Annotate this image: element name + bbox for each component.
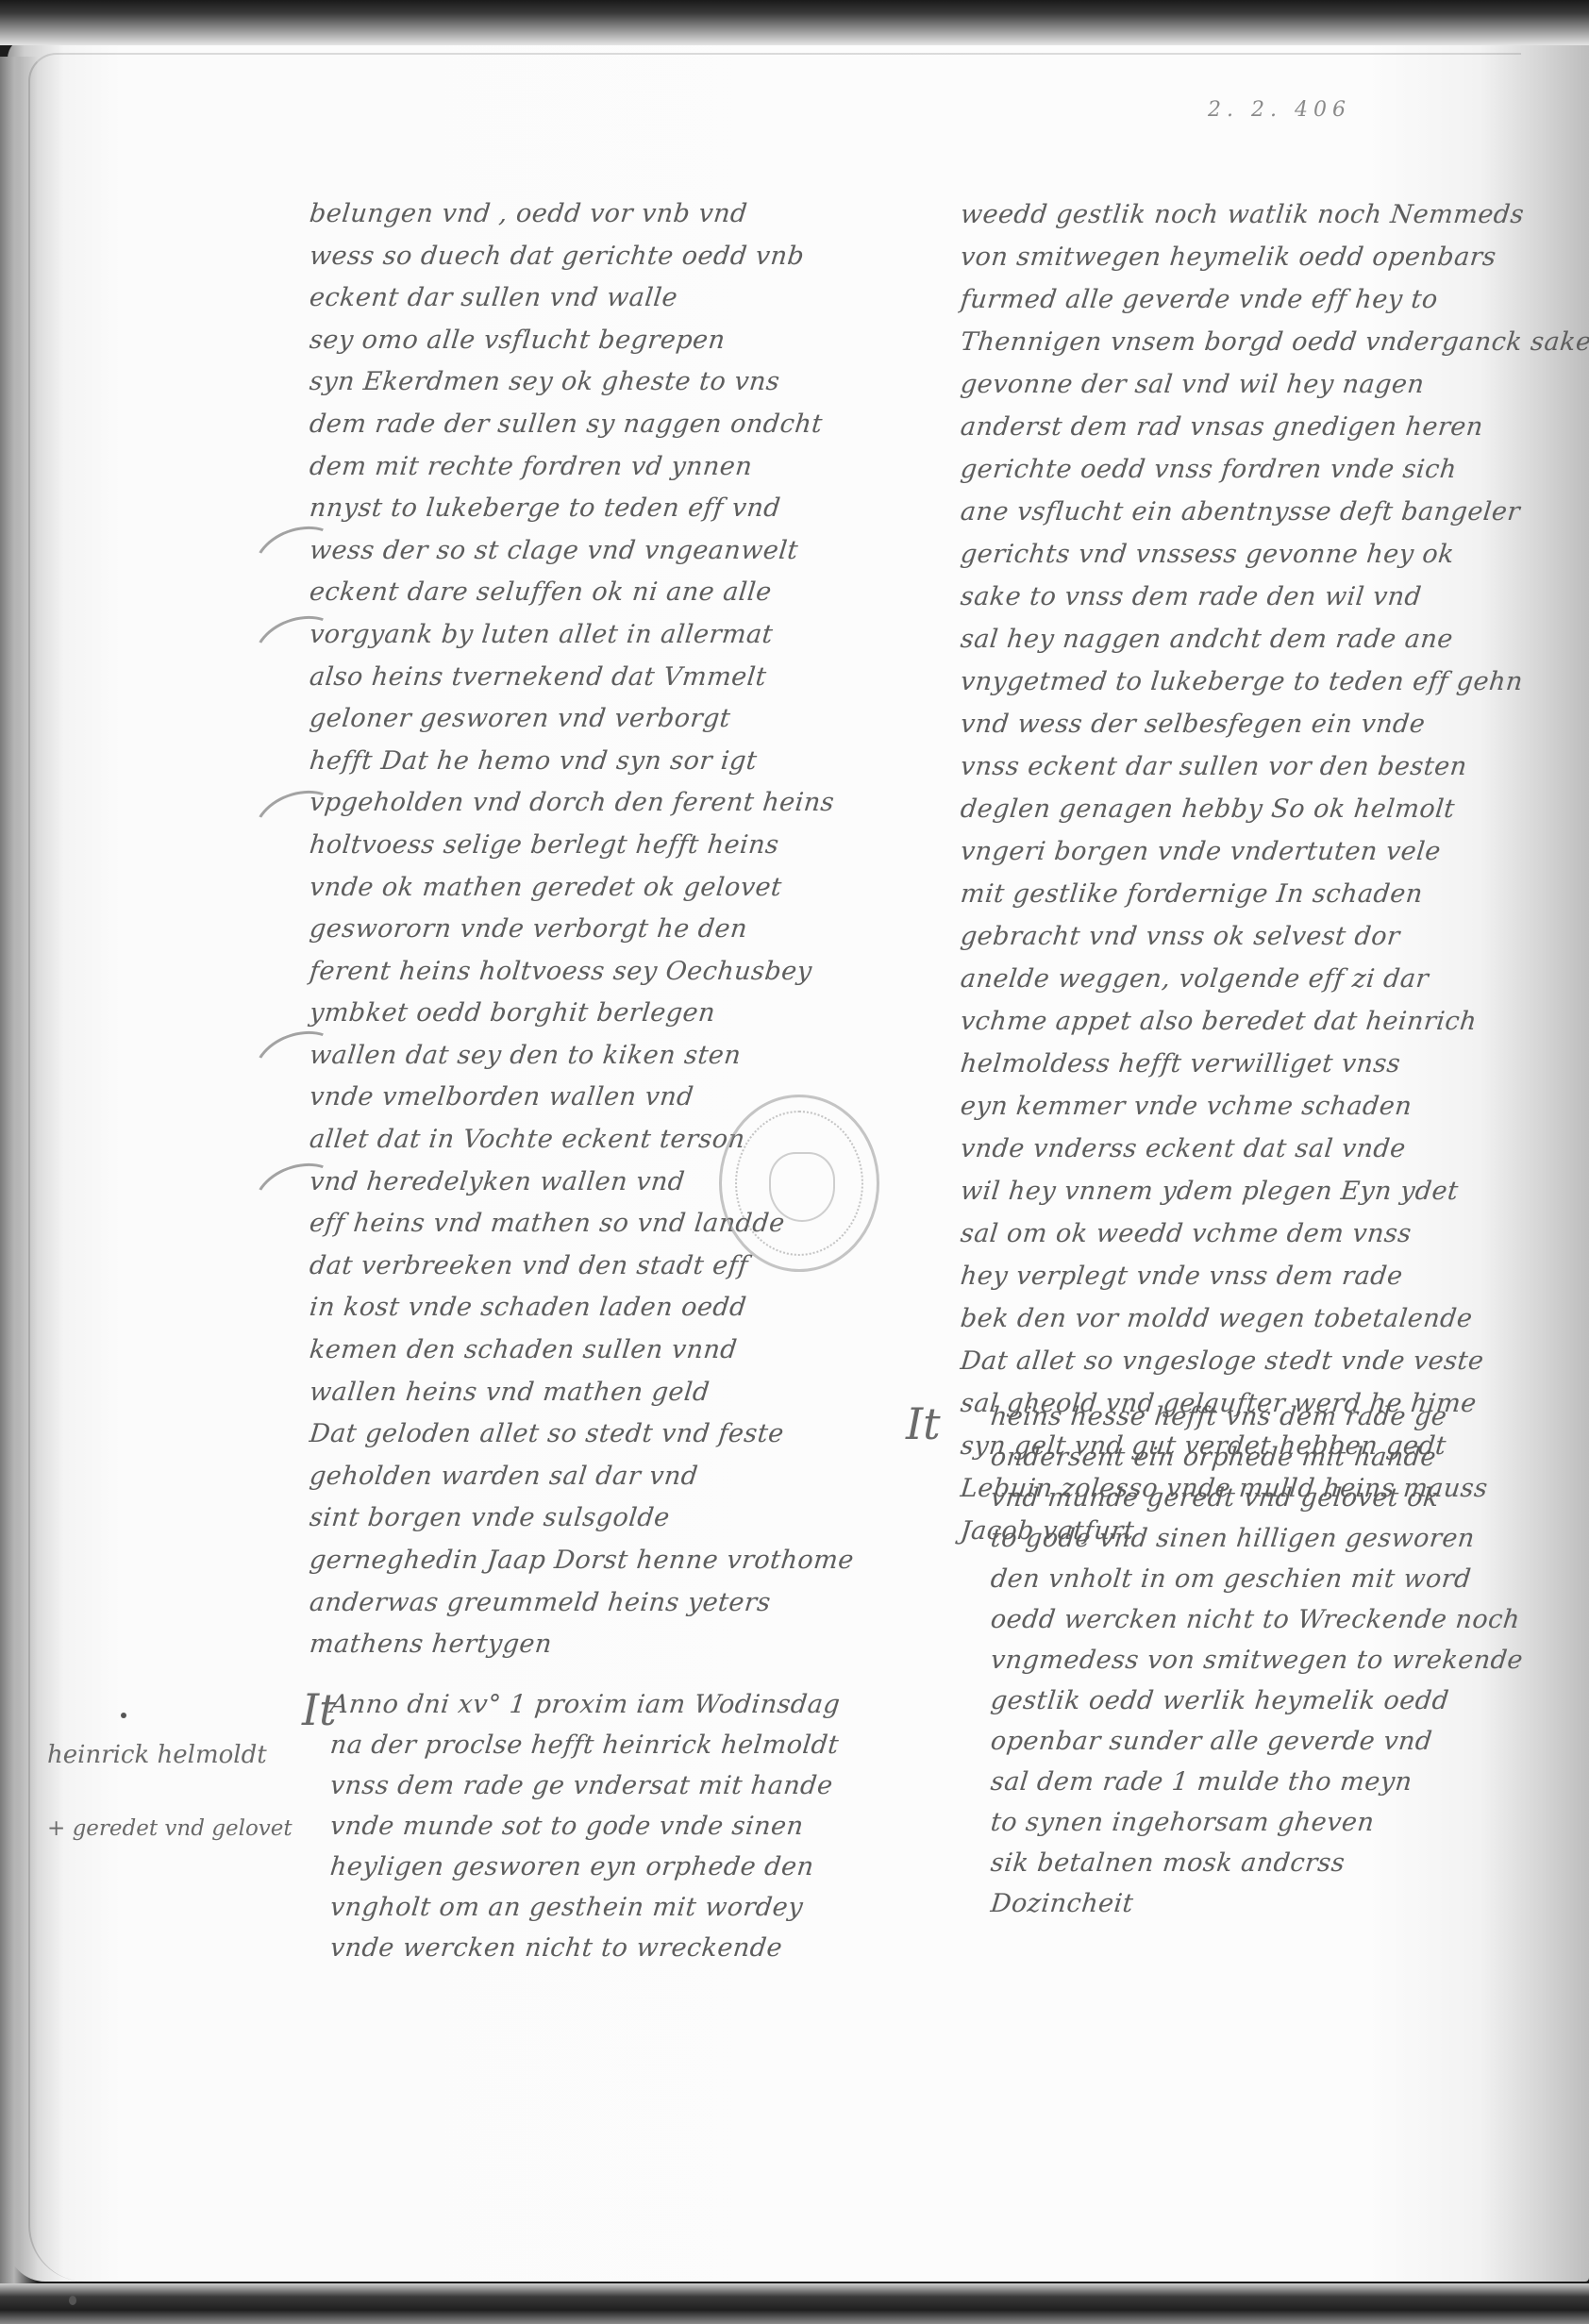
text-line: ane vsflucht ein abentnysse deft bangele… [959,491,1586,533]
text-line: Dat allet so vngesloge stedt vnde veste [959,1340,1586,1382]
text-line: bek den vor moldd wegen tobetalende [959,1297,1586,1340]
text-line: openbar sunder alle geverde vnd [989,1721,1579,1762]
text-line: in kost vnde schaden laden oedd [308,1287,916,1329]
text-line: to synen ingehorsam gheven [989,1802,1579,1843]
text-line: vchme appet also beredet dat heinrich [959,1000,1586,1043]
text-line: vngholt om an gesthein mit wordey [328,1887,937,1928]
text-line: furmed alle geverde vnde eff hey to [959,278,1586,321]
text-line: wess so duech dat gerichte oedd vnb [308,236,916,278]
text-line: oedd wercken nicht to Wreckende noch [989,1599,1579,1640]
text-line: sake to vnss dem rade den wil vnd [959,576,1586,618]
archive-stamp [719,1095,879,1272]
text-line: dem mit rechte fordren vd ynnen [308,446,916,489]
text-line: eckent dar sullen vnd walle [308,277,916,320]
text-line: vnygetmed to lukeberge to teden eff gehn [959,660,1586,703]
text-line: dem rade der sullen sy naggen ondcht [308,404,916,446]
page-edge-bottom [0,2283,1589,2324]
text-line: sik betalnen mosk andcrss [989,1843,1579,1883]
text-line: weedd gestlik noch watlik noch Nemmeds [959,193,1586,236]
text-line: gebracht vnd vnss ok selvest dor [959,915,1586,958]
text-line: vnd munde geredt vnd gelovet ok [989,1478,1579,1518]
text-line: sey omo alle vsflucht begrepen [308,320,916,362]
text-line: Anno dni xv° 1 proxim iam Wodinsdag [328,1684,937,1725]
text-line: belungen vnd , oedd vor vnb vnd [308,193,916,236]
text-line: wallen heins vnd mathen geld [308,1372,916,1414]
margin-note-annotation: + geredet vnd gelovet [47,1816,293,1841]
text-line: holtvoess selige berlegt hefft heins [308,825,916,867]
text-line: gerichts vnd vnssess gevonne hey ok [959,533,1586,576]
text-line: vpgeholden vnd dorch den ferent heins [308,782,916,825]
text-line: also heins tvernekend dat Vmmelt [308,657,916,699]
text-line: hey verplegt vnde vnss dem rade [959,1255,1586,1297]
text-line: vnss eckent dar sullen vor den besten [959,745,1586,788]
text-line: anderst dem rad vnsas gnedigen heren [959,406,1586,448]
text-line: vnde vnderss eckent dat sal vnde [959,1128,1586,1170]
text-line: sint borgen vnde sulsgolde [308,1497,916,1540]
text-line: gestlik oedd werlik heymelik oedd [989,1680,1579,1721]
text-line: anderwas greummeld heins yeters [308,1582,916,1625]
text-line: na der proclse hefft heinrick helmoldt [328,1725,937,1765]
text-line: anelde weggen, volgende eff zi dar [959,958,1586,1000]
text-line: sal dem rade 1 mulde tho meyn [989,1762,1579,1802]
text-line: vnde wercken nicht to wreckende [328,1928,937,1968]
text-line: sal hey naggen andcht dem rade ane [959,618,1586,660]
text-line: gerneghedin Jaap Dorst henne vrothome [308,1540,916,1582]
text-line: vnde ok mathen geredet ok gelovet [308,867,916,910]
text-line: Dat geloden allet so stedt vnd feste [308,1413,916,1456]
page-edge-top [0,0,1589,45]
text-line: heyligen gesworen eyn orphede den [328,1847,937,1887]
stamp-emblem-icon [769,1152,835,1222]
text-line: wallen dat sey den to kiken sten [308,1035,916,1078]
text-line: mit gestlike fordernige In schaden [959,873,1586,915]
text-line: den vnholt in om geschien mit word [989,1559,1579,1599]
text-line: wil hey vnnem ydem plegen Eyn ydet [959,1170,1586,1212]
ink-spot [121,1713,126,1718]
text-line: geholden warden sal dar vnd [308,1456,916,1498]
text-line: deglen genagen hebby So ok helmolt [959,788,1586,830]
text-line: gevonne der sal vnd wil hey nagen [959,363,1586,406]
text-line: mathens hertygen [308,1624,916,1666]
text-line: Dozincheit [989,1883,1579,1924]
text-line: eyn kemmer vnde vchme schaden [959,1085,1586,1128]
right-column-text: weedd gestlik noch watlik noch Nemmeds v… [961,193,1583,1552]
text-line: kemen den schaden sullen vnnd [308,1329,916,1372]
text-line: wess der so st clage vnd vngeanwelt [308,530,916,573]
text-line: to gode vnd sinen hilligen gesworen [989,1518,1579,1559]
text-line: sal om ok weedd vchme dem vnss [959,1212,1586,1255]
text-line: vorgyank by luten allet in allermat [308,614,916,657]
ink-spot [69,2296,76,2305]
text-line: eckent dare seluffen ok ni ane alle [308,572,916,614]
text-line: ondersent ein orphede mit hande [989,1437,1579,1478]
text-line: vnss dem rade ge vndersat mit hande [328,1765,937,1806]
entry-orphede-heinrick-helmoldt: Anno dni xv° 1 proxim iam Wodinsdag na d… [330,1684,934,1968]
left-column-text: belungen vnd , oedd vor vnb vnd wess so … [309,193,913,1666]
text-line: vngeri borgen vnde vndertuten vele [959,830,1586,873]
text-line: hefft Dat he hemo vnd syn sor igt [308,741,916,783]
margin-note-name: heinrick helmoldt [47,1741,267,1769]
folio-number: 2. 2. 406 [1208,98,1351,122]
text-line: vngmedess von smitwegen to wrekende [989,1640,1579,1680]
text-line: ferent heins holtvoess sey Oechusbey [308,951,916,994]
text-line: von smitwegen heymelik oedd openbars [959,236,1586,278]
text-line: syn Ekerdmen sey ok gheste to vns [308,361,916,404]
text-line: Thennigen vnsem borgd oedd vnderganck sa… [959,321,1586,363]
text-line: helmoldess hefft verwilliget vnss [959,1043,1586,1085]
text-line: vnd wess der selbesfegen ein vnde [959,703,1586,745]
entry-orphede-heins-hesse: heins hesse hefft vns dem rade ge onders… [991,1396,1576,1924]
text-line: vnde munde sot to gode vnde sinen [328,1806,937,1847]
text-line: heins hesse hefft vns dem rade ge [989,1396,1579,1437]
text-line: geloner gesworen vnd verborgt [308,698,916,741]
text-line: ymbket oedd borghit berlegen [308,993,916,1035]
text-line: geswororn vnde verborgt he den [308,909,916,951]
item-mark: It [906,1398,941,1449]
text-line: nnyst to lukeberge to teden eff vnd [308,488,916,530]
text-line: gerichte oedd vnss fordren vnde sich [959,448,1586,491]
